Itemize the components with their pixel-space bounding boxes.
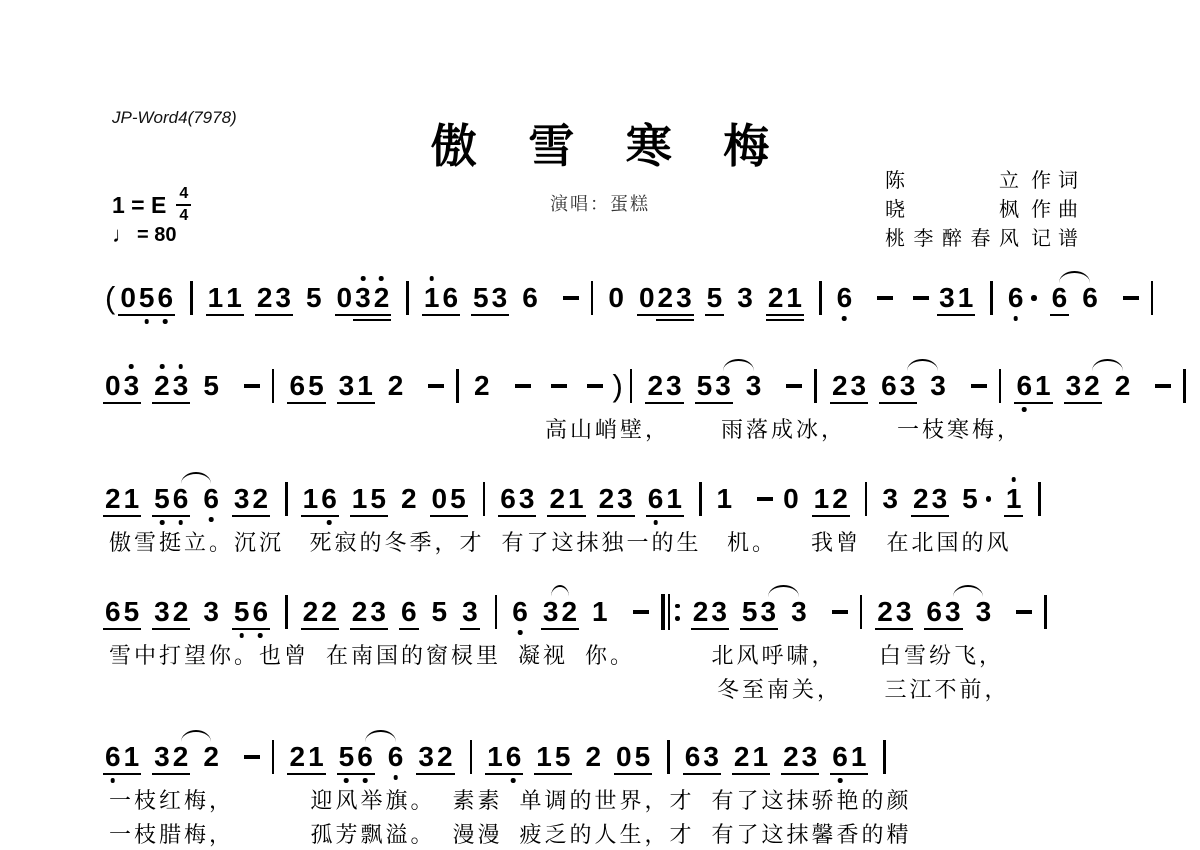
note: 5 <box>306 283 322 313</box>
note-group: 32 <box>1066 371 1100 401</box>
octave-dot-below <box>163 319 168 324</box>
credit-row: 晓枫作曲 <box>885 193 1095 222</box>
barline <box>285 595 288 629</box>
duration-dash <box>1155 384 1171 387</box>
note-group: 22 <box>303 597 337 627</box>
note-group: 61 <box>648 484 682 514</box>
note: 5 <box>707 283 723 313</box>
time-signature-numerator: 4 <box>176 186 191 206</box>
note: 3 <box>370 597 386 627</box>
music-line-5: 613222156632161520563212361 <box>105 741 1135 773</box>
note-group: 3 <box>746 371 762 401</box>
note: 2 <box>734 742 750 772</box>
note-group: 11 <box>208 283 242 313</box>
music-block-2: 03235653122)235332363361322高山峭壁， 雨落成冰， 一… <box>105 370 1135 445</box>
note-group: 3 <box>737 283 753 313</box>
note-group: 5 <box>203 371 219 401</box>
note: 3 <box>154 742 170 772</box>
barline <box>667 740 670 774</box>
octave-dot-below <box>1013 316 1018 321</box>
note-group: 1 <box>1006 484 1022 514</box>
barline <box>1183 369 1186 403</box>
note: 2 <box>252 484 268 514</box>
note-group: 032 <box>337 283 390 313</box>
note: 3 <box>900 371 916 401</box>
note-group: 5 <box>707 283 723 313</box>
note-group: 23 <box>877 597 911 627</box>
note: 5 <box>139 283 155 313</box>
barline <box>190 281 193 315</box>
music-block-3: 2156632161520563212361101232351傲雪挺立。沉沉 死… <box>105 483 1135 558</box>
octave-dot-above <box>1011 477 1016 482</box>
music-block-5: 613222156632161520563212361一枝红梅， 迎风举旗。 素… <box>105 741 1135 850</box>
note-group: 05 <box>432 484 466 514</box>
note-group: 2 <box>474 371 490 401</box>
note-group: 6 <box>512 597 528 627</box>
barline <box>456 369 459 403</box>
note: 6 <box>442 283 458 313</box>
note: 5 <box>450 484 466 514</box>
note: 6 <box>105 742 121 772</box>
octave-dot-below <box>178 520 183 525</box>
octave-dot-above <box>361 276 366 281</box>
note-group: 31 <box>339 371 373 401</box>
note: 2 <box>1084 371 1100 401</box>
note-group: 56 <box>339 742 373 772</box>
note: 2 <box>832 484 848 514</box>
note-group: 056 <box>120 283 173 313</box>
note: 5 <box>635 742 651 772</box>
barline <box>865 482 868 516</box>
note: 2 <box>599 484 615 514</box>
music-line-1: (056112350321653600235321631666 <box>105 282 1135 314</box>
octave-dot-below <box>838 778 843 783</box>
note: 2 <box>388 371 404 401</box>
note-group: 3 <box>203 597 219 627</box>
note-group: 23 <box>913 484 947 514</box>
note: 1 <box>124 484 140 514</box>
note: 2 <box>203 742 219 772</box>
note-group: 0 <box>608 283 624 313</box>
note: 6 <box>648 484 664 514</box>
barline <box>285 482 288 516</box>
note-group: 23 <box>599 484 633 514</box>
note-group: 2 <box>401 484 417 514</box>
note: 3 <box>746 371 762 401</box>
note: 0 <box>432 484 448 514</box>
duration-dash <box>515 384 531 387</box>
duration-dash <box>1123 296 1139 299</box>
note: 5 <box>742 597 758 627</box>
slur-arc <box>1059 271 1090 283</box>
octave-dot-below <box>363 778 368 783</box>
slur-arc <box>181 730 212 742</box>
note: 3 <box>851 371 867 401</box>
note: 6 <box>832 742 848 772</box>
octave-dot-below <box>1022 407 1027 412</box>
note: 1 <box>308 742 324 772</box>
barline <box>406 281 409 315</box>
note-group: 23 <box>154 371 188 401</box>
note: 1 <box>568 484 584 514</box>
note: 0 <box>783 484 799 514</box>
note: 3 <box>882 484 898 514</box>
note: 2 <box>374 283 390 313</box>
note: 6 <box>401 597 417 627</box>
note: 1 <box>226 283 242 313</box>
credit-name: 陈立 <box>885 164 1019 193</box>
barline <box>483 482 486 516</box>
note-group: 15 <box>536 742 570 772</box>
note: 1 <box>424 283 440 313</box>
note: 5 <box>234 597 250 627</box>
note-group: 63 <box>685 742 719 772</box>
note-group: 63 <box>500 484 534 514</box>
slur-arc <box>1092 359 1123 371</box>
octave-dot-below <box>110 778 115 783</box>
note: 2 <box>832 371 848 401</box>
credit-role: 作曲 <box>1031 193 1085 222</box>
note-group: 3 <box>882 484 898 514</box>
octave-dot-below <box>511 778 516 783</box>
note: 5 <box>203 371 219 401</box>
barline <box>272 740 275 774</box>
note: 2 <box>1115 371 1131 401</box>
note: 3 <box>1066 371 1082 401</box>
note-group: 16 <box>487 742 521 772</box>
note: 3 <box>939 283 955 313</box>
note: 3 <box>703 742 719 772</box>
note-group: 3 <box>976 597 992 627</box>
note: 3 <box>617 484 633 514</box>
note: 3 <box>802 742 818 772</box>
lyric-row: 冬至南关， 三江不前， <box>105 675 1135 705</box>
note-group: 21 <box>105 484 139 514</box>
duration-dash <box>633 610 649 613</box>
music-line-2: 03235653122)235332363361322 <box>105 370 1135 402</box>
note-group: 023 <box>639 283 692 313</box>
note: 3 <box>519 484 535 514</box>
note: 3 <box>737 283 753 313</box>
duration-dash <box>563 296 579 299</box>
duration-dash <box>832 610 848 613</box>
note-group: 23 <box>693 597 727 627</box>
note: 0 <box>639 283 655 313</box>
barline <box>860 595 863 629</box>
note-group: 3 <box>930 371 946 401</box>
note: 0 <box>608 283 624 313</box>
note-group: 2 <box>585 742 601 772</box>
barline <box>1151 281 1154 315</box>
slur-arc <box>365 730 396 742</box>
augmentation-dot <box>986 496 991 501</box>
note-group: 5 <box>962 484 991 514</box>
octave-dot-below <box>144 319 149 324</box>
barline <box>1044 595 1047 629</box>
note-group: 6 <box>837 283 853 313</box>
note: 2 <box>303 597 319 627</box>
note: 5 <box>370 484 386 514</box>
note: 6 <box>685 742 701 772</box>
barline <box>999 369 1002 403</box>
note: 6 <box>837 283 853 313</box>
note: 2 <box>913 484 929 514</box>
note: 1 <box>1035 371 1051 401</box>
octave-dot-below <box>258 633 263 638</box>
note-group: 21 <box>289 742 323 772</box>
barline <box>990 281 993 315</box>
octave-dot-below <box>209 517 214 522</box>
note: 2 <box>658 283 674 313</box>
barline <box>470 740 473 774</box>
credit-name: 晓枫 <box>885 193 1019 222</box>
duration-dash <box>786 384 802 387</box>
note: 1 <box>666 484 682 514</box>
octave-dot-below <box>653 520 658 525</box>
note: 2 <box>401 484 417 514</box>
note: 5 <box>308 371 324 401</box>
note: 1 <box>814 484 830 514</box>
lyric-row: 高山峭壁， 雨落成冰， 一枝寒梅， <box>105 415 1135 445</box>
note-group: 2 <box>1115 371 1131 401</box>
note-group: 61 <box>1016 371 1050 401</box>
octave-dot-below <box>344 778 349 783</box>
key-signature: 1 = E 4 4 <box>112 186 191 224</box>
note-group: 65 <box>105 597 139 627</box>
octave-dot-above <box>129 364 134 369</box>
time-signature: 4 4 <box>176 186 191 224</box>
barline <box>814 369 817 403</box>
note-group: 65 <box>289 371 323 401</box>
credits-block: 陈立作词晓枫作曲桃李醉春风记谱 <box>885 164 1095 251</box>
tempo-marking: ♩ = 80 <box>112 222 176 248</box>
slur-arc <box>907 359 938 371</box>
note: 1 <box>536 742 552 772</box>
note: 5 <box>962 484 978 514</box>
note: 3 <box>976 597 992 627</box>
credit-row: 陈立作词 <box>885 164 1095 193</box>
note-group: 63 <box>881 371 915 401</box>
note: 3 <box>715 371 731 401</box>
note-group: 6 <box>522 283 538 313</box>
note: 5 <box>697 371 713 401</box>
duration-dash <box>587 384 603 387</box>
note: 2 <box>154 371 170 401</box>
slur-arc <box>181 472 212 484</box>
note-group: 32 <box>418 742 452 772</box>
note: 2 <box>289 742 305 772</box>
note-group: 3 <box>791 597 807 627</box>
slur-arc <box>723 359 754 371</box>
duration-dash <box>244 755 260 758</box>
note-group: 2 <box>203 742 219 772</box>
credit-row: 桃李醉春风记谱 <box>885 222 1095 251</box>
note: 3 <box>492 283 508 313</box>
note-group: 32 <box>543 597 577 627</box>
note: 3 <box>418 742 434 772</box>
duration-dash <box>551 384 567 387</box>
note-group: 32 <box>234 484 268 514</box>
note: 3 <box>676 283 692 313</box>
credit-role: 作词 <box>1031 164 1085 193</box>
note: 1 <box>303 484 319 514</box>
note: 3 <box>339 371 355 401</box>
note-group: 56 <box>234 597 268 627</box>
note: 6 <box>1008 283 1024 313</box>
note: 2 <box>647 371 663 401</box>
note: 3 <box>896 597 912 627</box>
quarter-note-icon: ♩ <box>112 222 134 248</box>
barline <box>630 369 633 403</box>
note: 3 <box>355 283 371 313</box>
note: 1 <box>357 371 373 401</box>
note: 2 <box>585 742 601 772</box>
note: 1 <box>124 742 140 772</box>
barline <box>272 369 275 403</box>
note-group: 12 <box>814 484 848 514</box>
note: 2 <box>321 597 337 627</box>
note: 3 <box>154 597 170 627</box>
note-group: 53 <box>742 597 776 627</box>
note-group: 31 <box>939 283 973 313</box>
tempo-value: = 80 <box>137 224 176 247</box>
note-group: 23 <box>647 371 681 401</box>
note: 3 <box>124 371 140 401</box>
lyric-row: 一枝腊梅， 孤芳飘溢。 漫漫 疲乏的人生，才 有了这抹馨香的精 <box>105 820 1135 850</box>
note: 1 <box>786 283 802 313</box>
music-line-4: 6532356222365363212353323633 <box>105 596 1135 628</box>
note: 2 <box>352 597 368 627</box>
note: 3 <box>666 371 682 401</box>
note: 3 <box>932 484 948 514</box>
parenthesis: ) <box>613 371 623 401</box>
lyric-row: 雪中打望你。也曾 在南国的窗棂里 凝视 你。 北风呼啸， 白雪纷飞， <box>105 641 1135 671</box>
note: 5 <box>473 283 489 313</box>
note: 6 <box>321 484 337 514</box>
note: 1 <box>958 283 974 313</box>
music-line-3: 2156632161520563212361101232351 <box>105 483 1135 515</box>
note: 0 <box>105 371 121 401</box>
note-group: 3 <box>462 597 478 627</box>
note-group: 63 <box>926 597 960 627</box>
note: 6 <box>881 371 897 401</box>
note-group: 6 <box>1082 283 1098 313</box>
parenthesis: ( <box>105 283 115 313</box>
key-text: 1 = E <box>112 192 166 219</box>
barline <box>591 281 594 315</box>
note: 2 <box>474 371 490 401</box>
note-group: 32 <box>154 742 188 772</box>
note: 2 <box>173 742 189 772</box>
note: 5 <box>154 484 170 514</box>
duration-dash <box>877 296 893 299</box>
note-group: 21 <box>549 484 583 514</box>
note-group: 21 <box>734 742 768 772</box>
note: 6 <box>500 484 516 514</box>
note-group: 23 <box>257 283 291 313</box>
note: 3 <box>203 597 219 627</box>
note: 0 <box>120 283 136 313</box>
note: 2 <box>437 742 453 772</box>
duration-dash <box>1016 610 1032 613</box>
note-group: 5 <box>306 283 322 313</box>
note: 2 <box>105 484 121 514</box>
note: 6 <box>105 597 121 627</box>
note-group: 23 <box>352 597 386 627</box>
duration-dash <box>971 384 987 387</box>
note: 6 <box>1052 283 1068 313</box>
note-group: 05 <box>616 742 650 772</box>
note: 6 <box>289 371 305 401</box>
note: 1 <box>352 484 368 514</box>
duration-dash <box>428 384 444 387</box>
note: 6 <box>926 597 942 627</box>
lyric-row: 一枝红梅， 迎风举旗。 素素 单调的世界，才 有了这抹骄艳的颜 <box>105 786 1135 816</box>
note-group: 56 <box>154 484 188 514</box>
note: 3 <box>173 371 189 401</box>
note: 5 <box>555 742 571 772</box>
octave-dot-above <box>379 276 384 281</box>
note: 3 <box>711 597 727 627</box>
music-block-1: (056112350321653600235321631666 <box>105 282 1135 314</box>
barline <box>699 482 702 516</box>
note: 2 <box>257 283 273 313</box>
note-group: 15 <box>352 484 386 514</box>
note: 3 <box>945 597 961 627</box>
note-group: 6 <box>388 742 404 772</box>
slur-arc <box>953 585 984 597</box>
note: 6 <box>203 484 219 514</box>
note-group: 23 <box>783 742 817 772</box>
slur-arc <box>768 585 799 597</box>
note-group: 6 <box>1052 283 1068 313</box>
note-group: 5 <box>432 597 448 627</box>
octave-dot-below <box>393 775 398 780</box>
note-group: 53 <box>697 371 731 401</box>
note: 1 <box>1006 484 1022 514</box>
note-group: 16 <box>303 484 337 514</box>
note: 6 <box>1082 283 1098 313</box>
note: 1 <box>717 484 733 514</box>
note: 2 <box>783 742 799 772</box>
duration-dash <box>757 497 773 500</box>
note: 6 <box>512 597 528 627</box>
duration-dash <box>913 296 929 299</box>
barline <box>819 281 822 315</box>
note-group: 2 <box>388 371 404 401</box>
note: 5 <box>124 597 140 627</box>
note-group: 61 <box>105 742 139 772</box>
note-group: 1 <box>717 484 733 514</box>
note-group: 6 <box>203 484 219 514</box>
note: 6 <box>388 742 404 772</box>
note-group: 1 <box>592 597 608 627</box>
note: 6 <box>506 742 522 772</box>
note: 2 <box>693 597 709 627</box>
credit-role: 记谱 <box>1031 222 1085 251</box>
note: 6 <box>357 742 373 772</box>
barline <box>495 595 498 629</box>
note: 3 <box>761 597 777 627</box>
note: 1 <box>487 742 503 772</box>
note-group: 6 <box>1008 283 1037 313</box>
note: 3 <box>462 597 478 627</box>
note: 3 <box>275 283 291 313</box>
note-group: 61 <box>832 742 866 772</box>
time-signature-denominator: 4 <box>176 206 191 224</box>
note-group: 16 <box>424 283 458 313</box>
note-group: 0 <box>783 484 799 514</box>
